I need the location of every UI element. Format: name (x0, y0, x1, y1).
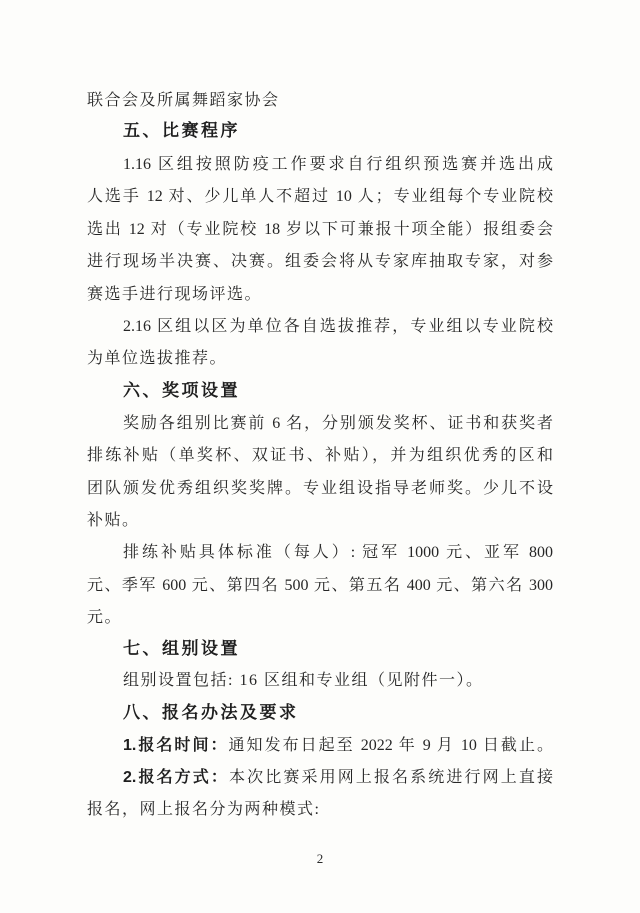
para-line: 进行现场半决赛、决赛。组委会将从专家库抽取专家，对参 (87, 251, 553, 273)
para-single-line: 组别设置包括: 16 区组和专业组（见附件一）。 (123, 670, 553, 692)
para-last-line: 为单位选拔推荐。 (87, 348, 553, 370)
para-first-line: 奖励各组别比赛前 6 名，分别颁发奖杯、证书和获奖者 (123, 413, 553, 435)
heading-section-7: 七、组别设置 (123, 638, 589, 660)
page-number: 2 (0, 851, 640, 867)
heading-section-5: 五、比赛程序 (123, 120, 589, 142)
para-line: 排练补贴（单奖杯、双证书、补贴），并为组织优秀的区和 (87, 445, 553, 467)
para-line: 团队颁发优秀组织奖奖牌。专业组设指导老师奖。少儿不设 (87, 478, 553, 500)
body-line-continuation: 联合会及所属舞蹈家协会 (87, 90, 553, 112)
para-line: 元、季军 600 元、第四名 500 元、第五名 400 元、第六名 300 (87, 575, 553, 597)
line-text: 本次比赛采用网上报名系统进行网上直接 (229, 769, 553, 786)
para-first-line-registration-method: 2.报名方式：本次比赛采用网上报名系统进行网上直接 (123, 767, 553, 789)
para-line: 人选手 12 对、少儿单人不超过 10 人；专业组每个专业院校 (87, 186, 553, 208)
para-line: 选出 12 对（专业院校 18 岁以下可兼报十项全能）报组委会 (87, 219, 553, 241)
bold-label-registration-method: 2.报名方式： (123, 769, 229, 786)
heading-section-6: 六、奖项设置 (123, 380, 589, 402)
para-first-line: 排练补贴具体标准（每人）: 冠军 1000 元、亚军 800 (123, 542, 553, 564)
bold-label-registration-time: 1.报名时间： (123, 737, 229, 754)
heading-section-8: 八、报名办法及要求 (123, 702, 589, 724)
para-last-line: 补贴。 (87, 510, 553, 532)
para-last-line: 赛选手进行现场评选。 (87, 284, 553, 306)
line-text: 通知发布日起至 2022 年 9 月 10 日截止。 (229, 737, 553, 754)
para-first-line: 1.16 区组按照防疫工作要求自行组织预选赛并选出成 (123, 154, 553, 176)
para-last-line: 报名，网上报名分为两种模式: (87, 799, 553, 821)
para-first-line-registration-time: 1.报名时间：通知发布日起至 2022 年 9 月 10 日截止。 (123, 735, 553, 757)
para-first-line: 2.16 区组以区为单位各自选拔推荐，专业组以专业院校 (123, 316, 553, 338)
document-page: 联合会及所属舞蹈家协会 五、比赛程序 1.16 区组按照防疫工作要求自行组织预选… (0, 0, 640, 913)
para-last-line: 元。 (87, 607, 553, 629)
